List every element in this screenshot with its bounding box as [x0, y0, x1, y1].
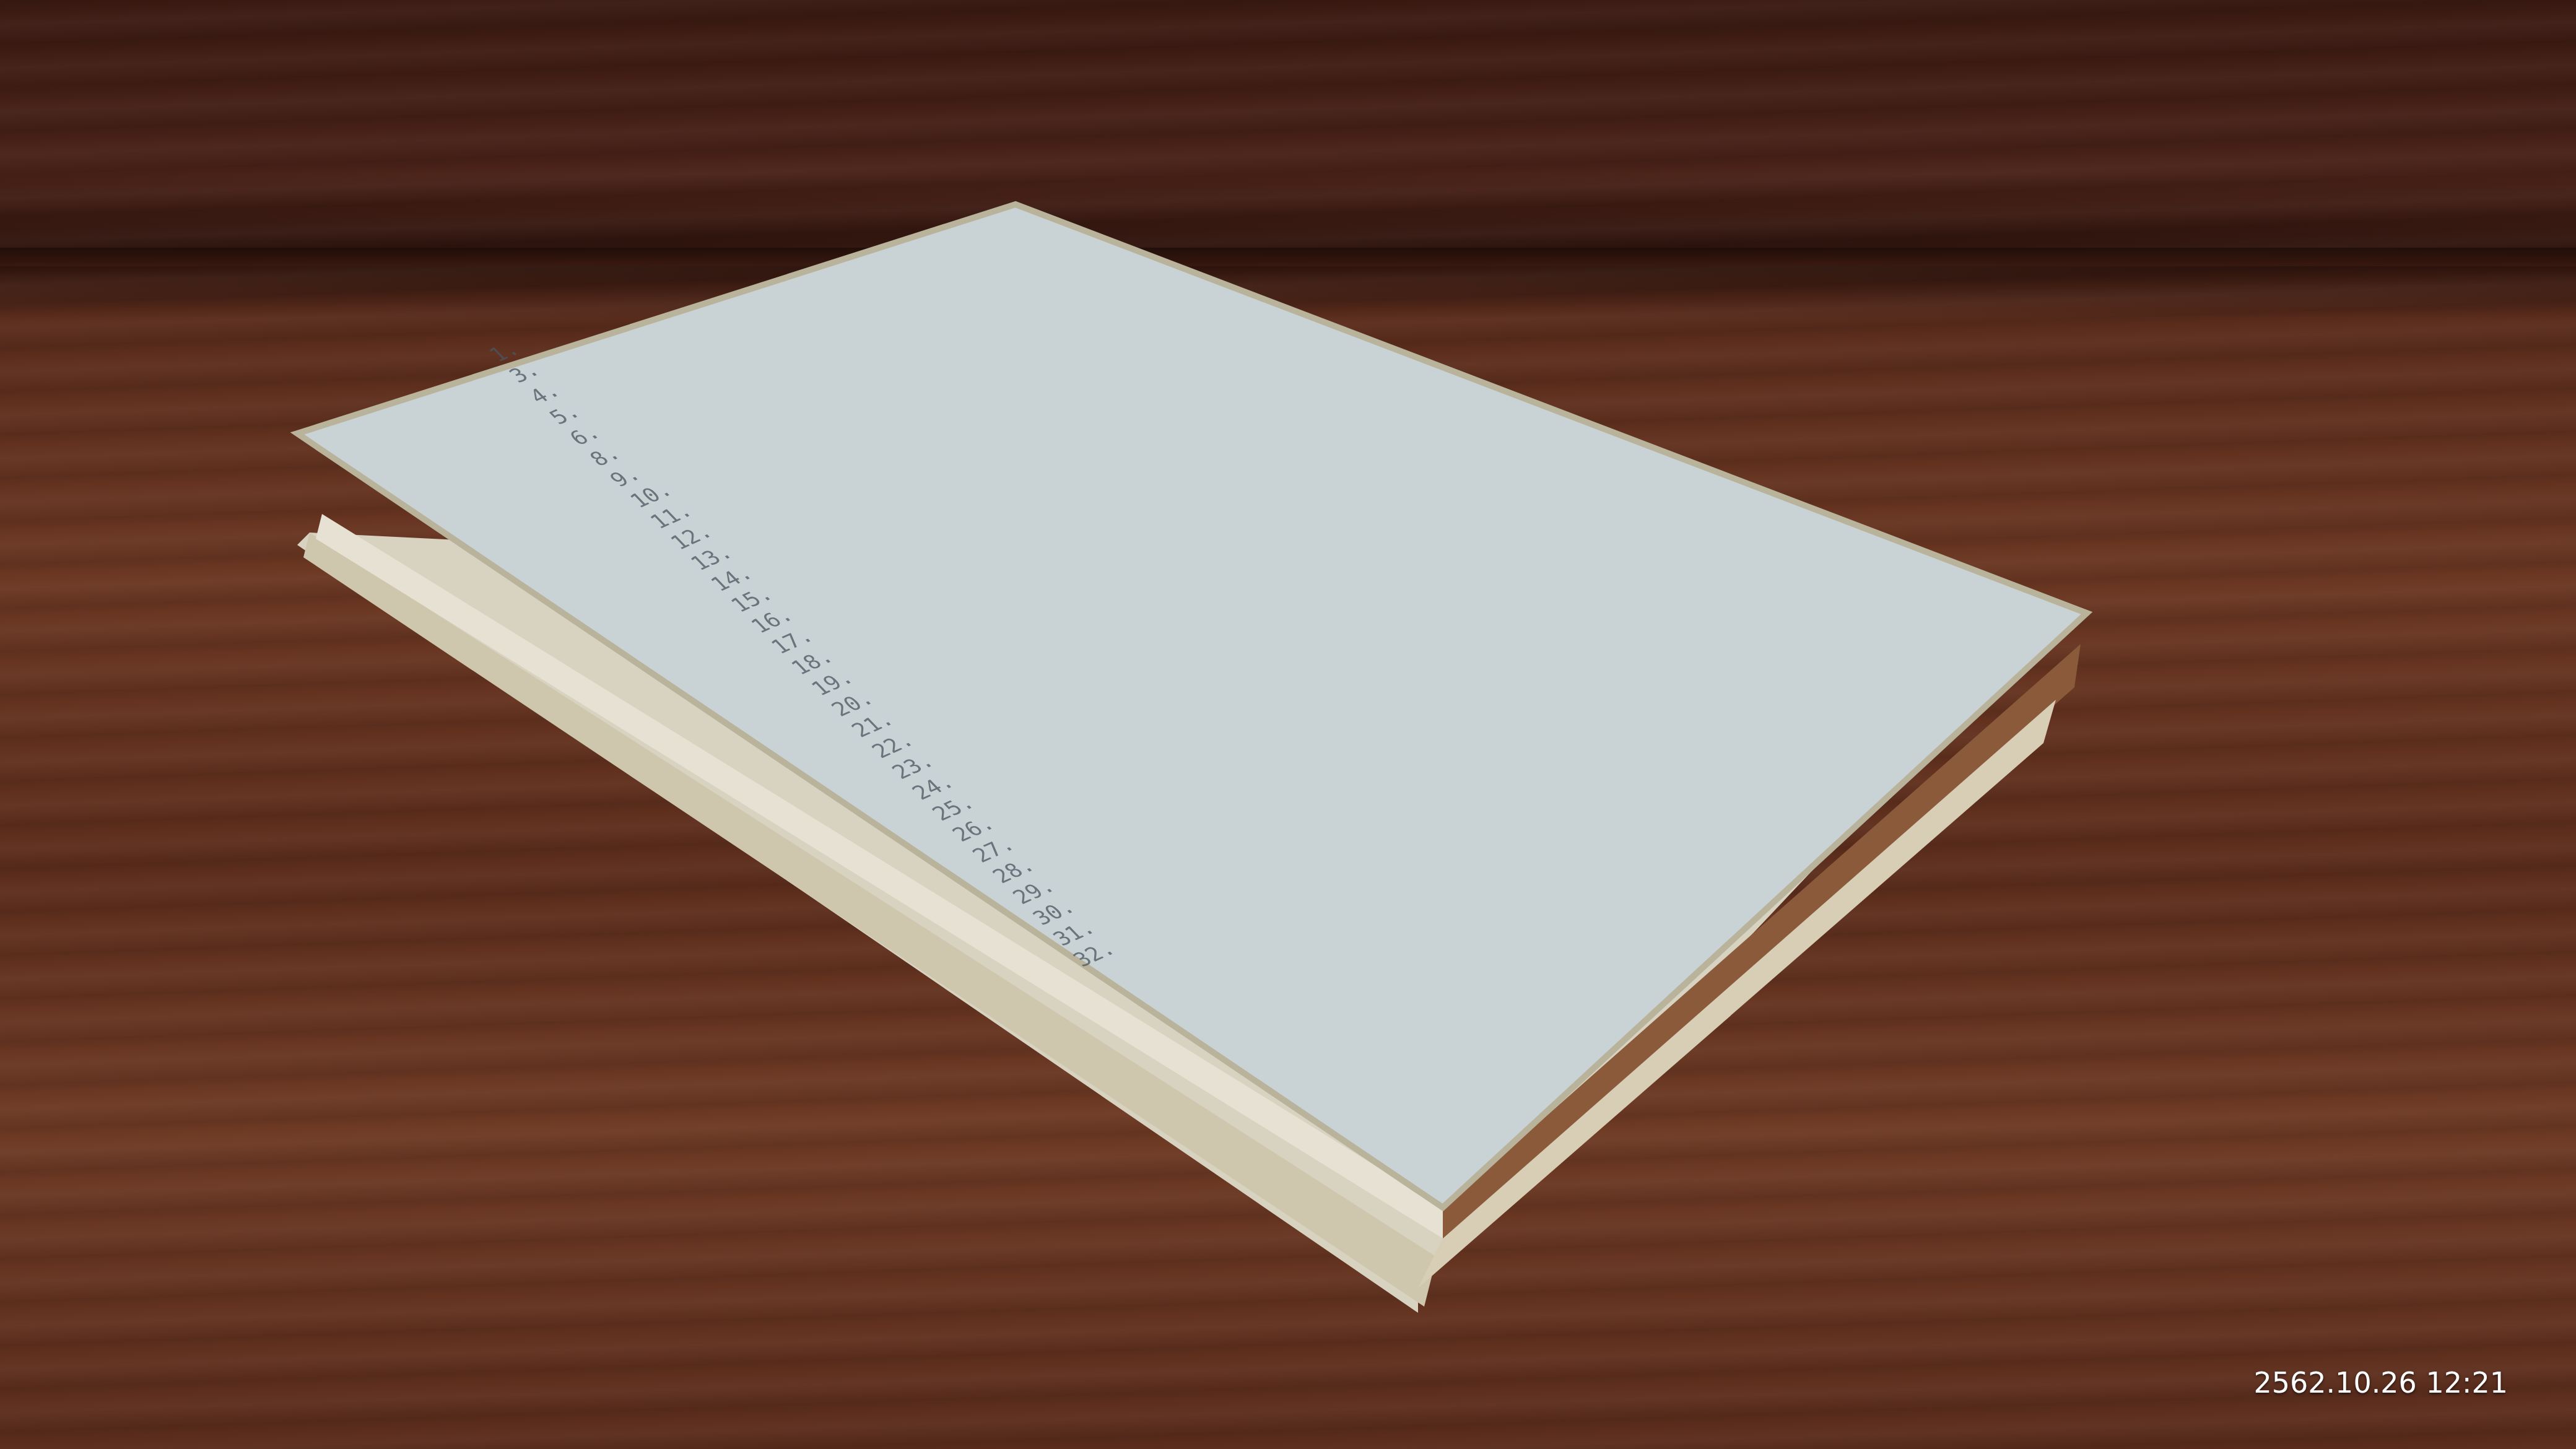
book-shape	[0, 0, 2576, 1449]
book	[0, 0, 2576, 1449]
photo-timestamp: 2562.10.26 12:21	[2253, 1366, 2508, 1399]
